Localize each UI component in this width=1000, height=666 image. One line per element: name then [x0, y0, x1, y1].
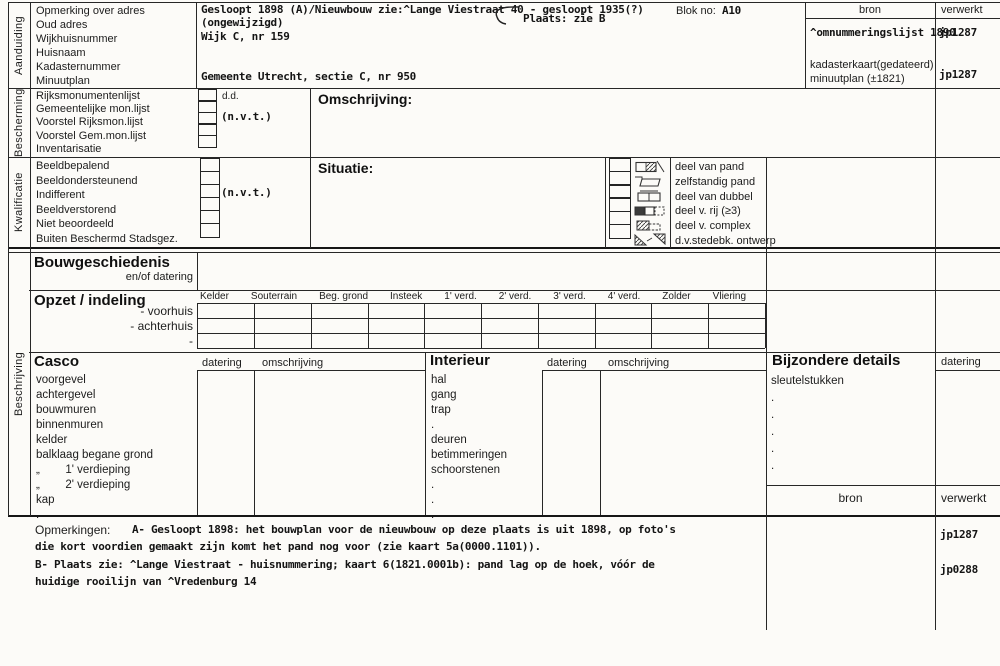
opzet-grid-line [708, 303, 709, 348]
interieur-row: . [431, 418, 507, 433]
opmerkingen-label: Opmerkingen: [35, 524, 110, 537]
scanned-monument-form: Aanduiding Bescherming Kwalificatie Besc… [0, 0, 1000, 666]
bescherming-item: Voorstel Gem.mon.lijst [36, 130, 150, 143]
interieur-row: deuren [431, 433, 507, 448]
kwalificatie-item: Beeldverstorend [36, 203, 178, 218]
verwerkt-column-header-bottom: verwerkt [941, 492, 986, 505]
annotation-arrow-icon [488, 5, 522, 29]
kwalificatie-item: Beeldondersteunend [36, 174, 178, 189]
stedebouwkundig-ontwerp-icon [633, 233, 667, 246]
casco-row: binnenmuren [36, 418, 153, 433]
pandtype-label: deel v. complex [675, 219, 776, 234]
interieur-omschrijving-header: omschrijving [608, 357, 669, 370]
deel-van-rij-icon [633, 204, 667, 217]
floor-header: 3' verd. [550, 291, 605, 302]
opzet-grid-line [197, 303, 198, 348]
bijzonder-row: . [771, 458, 844, 475]
bron-entry: kadasterkaart(gedateerd) [810, 59, 934, 72]
rule-interieur-omschrijving-left [600, 370, 601, 515]
verwerkt-entry: jp1287 [939, 68, 977, 82]
rule-interieur-datering-left [542, 370, 543, 515]
kwalificatie-nvt: (n.v.t.) [221, 186, 272, 200]
rule-aanduiding-bottom [8, 88, 1000, 89]
rule-double-2 [8, 252, 1000, 253]
checkbox-buiten-beschermd[interactable] [200, 223, 220, 238]
field-label: Minuutplan [36, 74, 145, 88]
interieur-row: schoorstenen [431, 463, 507, 478]
bouwgeschiedenis-title: Bouwgeschiedenis [34, 255, 170, 271]
interieur-row: gang [431, 388, 507, 403]
pandtype-labels: deel van pand zelfstandig pand deel van … [675, 160, 776, 249]
aanduiding-field-labels: Opmerking over adres Oud adres Wijkhuisn… [36, 4, 145, 88]
opzet-row-label: - voorhuis [60, 304, 193, 319]
bijzonder-row: . [771, 424, 844, 441]
interieur-title: Interieur [430, 353, 490, 369]
floor-header: Insteek [387, 291, 441, 302]
opzet-grid-line [765, 303, 766, 348]
rule-casco-datering-left [197, 370, 198, 515]
opzet-grid-line [368, 303, 369, 348]
casco-title: Casco [34, 354, 79, 370]
rule-double-1 [8, 247, 1000, 249]
floor-headers: Kelder Souterrain Beg. grond Insteek 1' … [197, 291, 765, 302]
floor-header: Zolder [659, 291, 709, 302]
omschrijving-header: Omschrijving: [318, 91, 412, 107]
casco-row: balklaag begane grond [36, 448, 153, 463]
interieur-row: . [431, 478, 507, 493]
rule-omschrijving-left [310, 88, 311, 248]
blok-no-label: Blok no: [676, 5, 716, 18]
pandtype-checkboxes [609, 159, 631, 239]
opzet-row-label: - [60, 334, 193, 349]
casco-datering-header: datering [202, 357, 242, 370]
checkbox-inventarisatie[interactable] [198, 135, 217, 148]
rule-verwerkt-col-left [935, 2, 936, 630]
opzet-grid-line [595, 303, 596, 348]
opzet-row-labels: - voorhuis - achterhuis - [60, 304, 193, 349]
opzet-grid-line [197, 348, 765, 349]
rule-typepanel-labels [670, 157, 671, 248]
kwalificatie-item: Indifferent [36, 188, 178, 203]
casco-rows: voorgevel achtergevel bouwmuren binnenmu… [36, 373, 153, 523]
floor-header: Souterrain [248, 291, 316, 302]
bron-entry: ^omnummeringslijst 1890 [810, 26, 955, 40]
rule-typepanel-left [605, 157, 606, 248]
interieur-row: . [431, 508, 507, 523]
bouwgeschiedenis-sub: en/of datering [80, 271, 193, 284]
pandtype-label: d.v.stedebk. ontwerp [675, 234, 776, 249]
bijzonder-row: . [771, 390, 844, 407]
bijzonder-row: sleutelstukken [771, 373, 844, 390]
opmerkingen-line: A- Gesloopt 1898: het bouwplan voor de n… [132, 523, 676, 537]
interieur-datering-header: datering [547, 357, 587, 370]
opzet-grid-line [254, 303, 255, 348]
bescherming-item: Gemeentelijke mon.lijst [36, 103, 150, 116]
checkbox-stedebouwkundig[interactable] [609, 224, 631, 239]
opmerkingen-line: die kort voordien gemaakt zijn komt het … [35, 540, 541, 554]
opzet-row-label: - achterhuis [60, 319, 193, 334]
verwerkt-entry: jp1287 [939, 26, 977, 40]
rule-interieur-left [425, 352, 426, 515]
rule-sidebar-divider [30, 2, 31, 516]
rule-bron-header [805, 18, 1000, 19]
deel-van-dubbel-icon [633, 190, 667, 203]
interieur-row: trap [431, 403, 507, 418]
casco-row: . [36, 508, 153, 523]
casco-row: voorgevel [36, 373, 153, 388]
opzet-grid-line [424, 303, 425, 348]
bijzonder-datering-header: datering [941, 356, 981, 369]
casco-row: kelder [36, 433, 153, 448]
casco-row: achtergevel [36, 388, 153, 403]
opmerkingen-line: huidige rooilijn van ^Vredenburg 14 [35, 575, 256, 589]
casco-row: kap [36, 493, 153, 508]
floor-header: 1' verd. [441, 291, 496, 302]
opzet-grid-line [311, 303, 312, 348]
casco-row: „ 2' verdieping [36, 478, 153, 493]
interieur-row: hal [431, 373, 507, 388]
field-label: Kadasternummer [36, 60, 145, 74]
bijzonder-row: . [771, 441, 844, 458]
floor-header: Vliering [710, 291, 765, 302]
rule-casco-cols-top [197, 370, 425, 371]
bijzonder-rows: sleutelstukken . . . . . [771, 373, 844, 475]
field-label: Opmerking over adres [36, 4, 145, 18]
plaats-note-value: Plaats: zie B [523, 12, 605, 26]
opzet-grid-line [651, 303, 652, 348]
kwalificatie-item: Beeldbepalend [36, 159, 178, 174]
opzet-grid-line [481, 303, 482, 348]
casco-row: „ 1' verdieping [36, 463, 153, 478]
verwerkt-entry: jp0288 [940, 563, 978, 577]
bijzonder-row: . [771, 407, 844, 424]
situatie-header: Situatie: [318, 160, 373, 176]
field-label: Wijkhuisnummer [36, 32, 145, 46]
rule-bijzonder-col-top [935, 370, 1000, 371]
oud-adres-value: (ongewijzigd) [201, 16, 283, 30]
wijkhuisnummer-value: Wijk C, nr 159 [201, 30, 290, 44]
dd-label: d.d. [222, 90, 239, 103]
opmerkingen-line: B- Plaats zie: ^Lange Viestraat - huisnu… [35, 558, 655, 572]
kwalificatie-items: Beeldbepalend Beeldondersteunend Indiffe… [36, 159, 178, 247]
pandtype-label: deel v. rij (≥3) [675, 204, 776, 219]
kwalificatie-item: Niet beoordeeld [36, 217, 178, 232]
bescherming-items: Rijksmonumentenlijst Gemeentelijke mon.l… [36, 90, 150, 156]
bescherming-nvt: (n.v.t.) [221, 110, 272, 124]
floor-header: Kelder [197, 291, 248, 302]
casco-omschrijving-header: omschrijving [262, 357, 323, 370]
bescherming-item: Rijksmonumentenlijst [36, 90, 150, 103]
pandtype-label: zelfstandig pand [675, 175, 776, 190]
interieur-rows: hal gang trap . deuren betimmeringen sch… [431, 373, 507, 523]
deel-van-complex-icon [633, 219, 667, 232]
bescherming-checkboxes [198, 90, 217, 148]
bron-column-header: bron [805, 4, 935, 17]
bron-column-header-bottom: bron [766, 492, 935, 505]
kwalificatie-checkboxes [200, 159, 220, 238]
zelfstandig-pand-icon [633, 175, 667, 188]
bescherming-item: Voorstel Rijksmon.lijst [36, 116, 150, 129]
floor-header: Beg. grond [316, 291, 387, 302]
field-label: Oud adres [36, 18, 145, 32]
rule-interieur-cols-top [542, 370, 766, 371]
pandtype-label: deel van dubbel [675, 190, 776, 205]
blok-no-value: A10 [722, 4, 741, 18]
section-label-beschrijving: Beschrijving [8, 252, 30, 515]
deel-van-pand-icon [633, 160, 667, 173]
interieur-row: . [431, 493, 507, 508]
verwerkt-entry: jp1287 [940, 528, 978, 542]
rule-bronverwerkt-top [766, 485, 1000, 486]
rule-aanduiding-divider [196, 2, 197, 88]
field-label: Huisnaam [36, 46, 145, 60]
section-label-bescherming: Bescherming [8, 88, 30, 157]
floor-header: 4' verd. [605, 291, 660, 302]
rule-casco-omschrijving-left [254, 370, 255, 515]
casco-row: bouwmuren [36, 403, 153, 418]
minuutplan-value: Gemeente Utrecht, sectie C, nr 950 [201, 70, 416, 84]
floor-header: 2' verd. [496, 291, 551, 302]
bijzondere-details-title: Bijzondere details [772, 353, 900, 369]
kwalificatie-item: Buiten Beschermd Stadsgez. [36, 232, 178, 247]
interieur-row: betimmeringen [431, 448, 507, 463]
pandtype-label: deel van pand [675, 160, 776, 175]
section-label-aanduiding: Aanduiding [8, 2, 30, 88]
verwerkt-column-header: verwerkt [941, 4, 983, 17]
bescherming-item: Inventarisatie [36, 143, 150, 156]
bron-entry: minuutplan (±1821) [810, 73, 905, 86]
rule-bouwgeschiedenis-divider [197, 252, 198, 290]
section-label-kwalificatie: Kwalificatie [8, 157, 30, 248]
opzet-grid-line [538, 303, 539, 348]
